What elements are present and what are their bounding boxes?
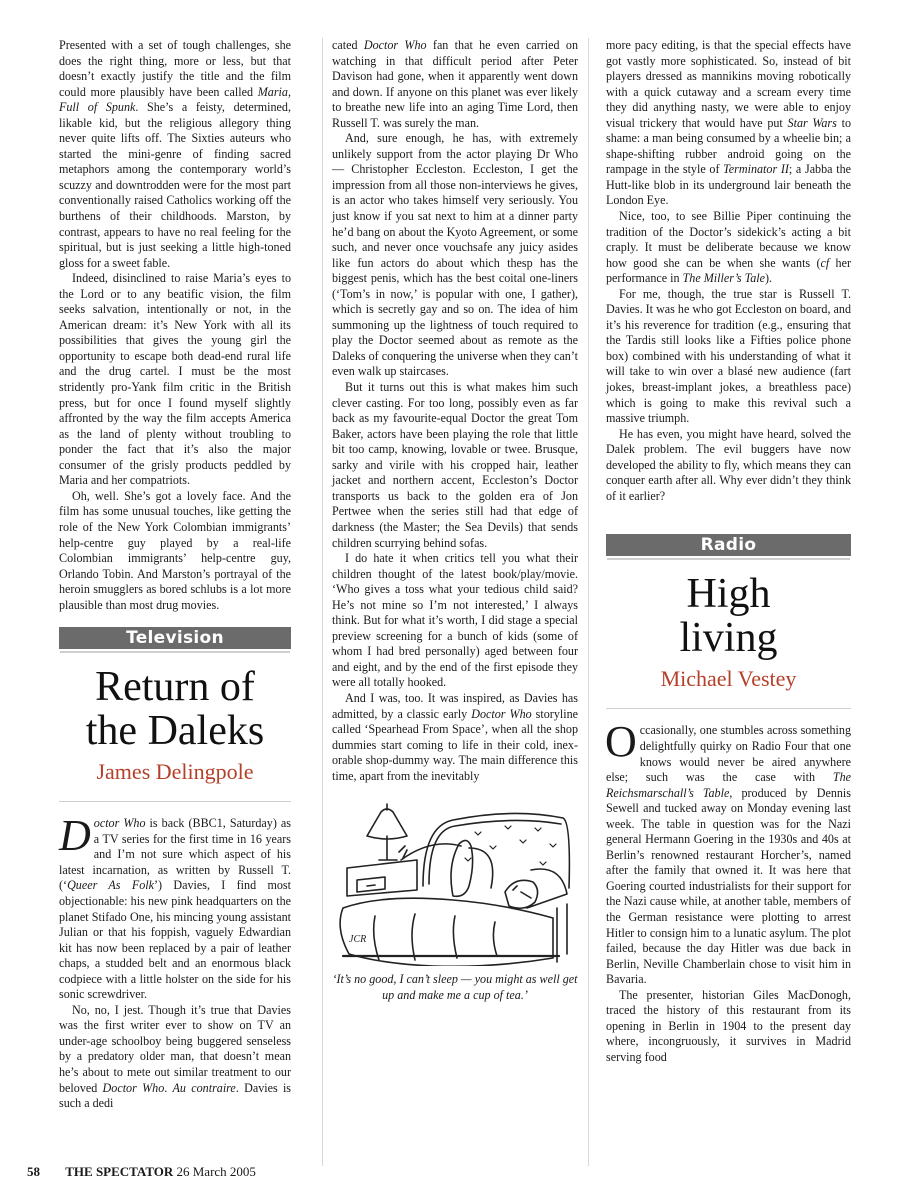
television-article-body: D octor Who is back (BBC1, Saturday) as …	[59, 816, 291, 1111]
radio-section: Radio High living Michael Vestey O ccasi…	[606, 534, 851, 1065]
television-section: Television Return of the Daleks James De…	[59, 627, 291, 1111]
paragraph: The presenter, historian Giles MacDonogh…	[606, 988, 851, 1066]
divider	[59, 801, 291, 802]
magazine-name: THE SPECTATOR	[65, 1164, 173, 1179]
paragraph: But it turns out this is what makes him …	[332, 380, 578, 551]
paragraph: And I was, too. It was inspired, as Davi…	[332, 691, 578, 784]
column-3: more pacy editing, is that the special e…	[606, 38, 851, 1065]
paragraph: octor Who is back (BBC1, Saturday) as a …	[59, 816, 291, 1003]
page-footer: 58 THE SPECTATOR 26 March 2005	[27, 1164, 256, 1180]
headline-return-of-the-daleks: Return of the Daleks	[75, 665, 275, 753]
radio-article-body: O ccasionally, one stumbles across somet…	[606, 723, 851, 1065]
paragraph: more pacy editing, is that the special e…	[606, 38, 851, 209]
byline-michael-vestey: Michael Vestey	[606, 666, 851, 692]
television-article-continuation: cated Doctor Who fan that he even carrie…	[332, 38, 578, 784]
column-2: cated Doctor Who fan that he even carrie…	[322, 38, 589, 1166]
column-1: Presented with a set of tough challenges…	[59, 38, 291, 1112]
cartoon-caption: ‘It’s no good, I can’t sleep — you might…	[332, 972, 578, 1003]
divider	[606, 708, 851, 709]
dropcap: O	[605, 725, 637, 759]
headline-high-living: High living	[659, 572, 799, 660]
film-review-continuation: Presented with a set of tough challenges…	[59, 38, 291, 613]
byline-james-delingpole: James Delingpole	[59, 759, 291, 785]
page-number: 58	[27, 1164, 40, 1179]
dropcap: D	[59, 818, 91, 854]
section-banner-radio: Radio	[606, 534, 851, 558]
television-article-ending: more pacy editing, is that the special e…	[606, 38, 851, 504]
paragraph: Oh, well. She’s got a lovely face. And t…	[59, 489, 291, 613]
paragraph: For me, though, the true star is Russell…	[606, 287, 851, 427]
paragraph: I do hate it when critics tell you what …	[332, 551, 578, 691]
section-banner-television: Television	[59, 627, 291, 651]
paragraph: And, sure enough, he has, with extreme­l…	[332, 131, 578, 380]
issue-date: 26 March 2005	[177, 1164, 256, 1179]
svg-text:JCR: JCR	[349, 934, 366, 945]
paragraph: Presented with a set of tough challenges…	[59, 38, 291, 271]
cartoon: JCR ‘It’s no good, I can’t sleep — you m…	[332, 796, 578, 1003]
paragraph: ccasionally, one stumbles across somethi…	[606, 723, 851, 987]
cartoon-bed-illustration: JCR	[335, 796, 575, 966]
paragraph: cated Doctor Who fan that he even carrie…	[332, 38, 578, 131]
paragraph: No, no, I jest. Though it’s true that Da…	[59, 1003, 291, 1112]
paragraph: He has even, you might have heard, solve…	[606, 427, 851, 505]
paragraph: Indeed, disinclined to raise Maria’s eye…	[59, 271, 291, 489]
paragraph: Nice, too, to see Billie Piper continuin…	[606, 209, 851, 287]
